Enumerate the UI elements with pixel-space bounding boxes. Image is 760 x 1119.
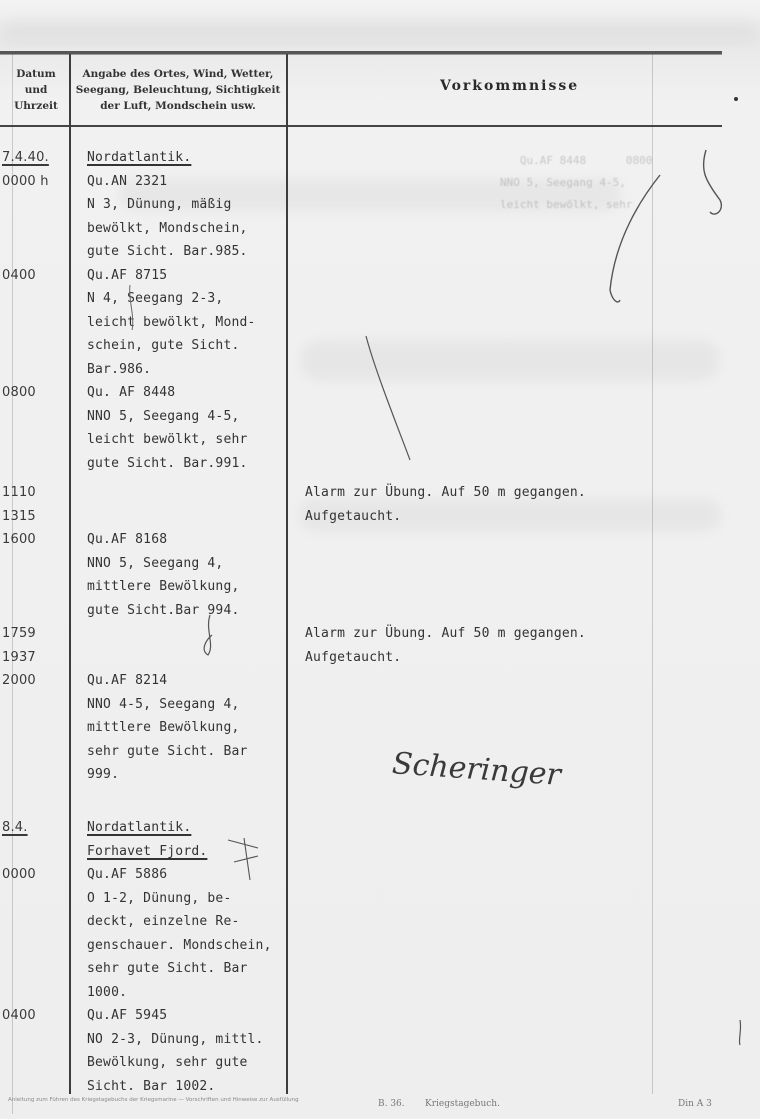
bleed-through-text: leicht bewölkt, sehr <box>500 194 632 216</box>
entry-location-weather: Qu.AF 5886 <box>87 864 167 886</box>
entry-location-weather: Qu.AN 2321 <box>87 171 167 193</box>
entry-location-weather: Qu. AF 8448 <box>87 382 175 404</box>
entry-time: 0800 <box>2 382 36 404</box>
entry-location-weather: Sicht. Bar 1002. <box>87 1076 215 1098</box>
entry-event: Aufgetaucht. <box>305 506 401 528</box>
entry-event: Alarm zur Übung. Auf 50 m gegangen. <box>305 623 586 645</box>
entry-location-weather: Qu.AF 8214 <box>87 670 167 692</box>
form-title: Kriegstagebuch. <box>425 1099 500 1109</box>
entry-time: 1759 <box>2 623 36 645</box>
entry-location-weather: 1000. <box>87 982 127 1004</box>
entry-location-weather: bewölkt, Mondschein, <box>87 218 248 240</box>
entry-location-weather: Nordatlantik. <box>87 147 191 169</box>
column-divider <box>652 54 653 1094</box>
column-divider <box>286 54 288 1094</box>
column-divider <box>69 54 71 1094</box>
entry-location-weather: Qu.AF 8168 <box>87 529 167 551</box>
entry-time: 1315 <box>2 506 36 528</box>
entry-location-weather: sehr gute Sicht. Bar <box>87 958 248 980</box>
entry-location-weather: N 4, Seegang 2-3, <box>87 288 223 310</box>
entry-time: 7.4.40. <box>2 147 49 169</box>
entry-location-weather: Bewölkung, sehr gute <box>87 1052 248 1074</box>
form-number: B. 36. <box>378 1099 405 1109</box>
entry-location-weather: genschauer. Mondschein, <box>87 935 272 957</box>
bleed-through-text: NNO 5, Seegang 4-5, <box>500 172 626 194</box>
document-page: Datum und Uhrzeit Angabe des Ortes, Wind… <box>0 0 760 1119</box>
din-format: Din A 3 <box>678 1099 712 1109</box>
entry-location-weather: deckt, einzelne Re- <box>87 911 240 933</box>
entry-location-weather: O 1-2, Dünung, be- <box>87 888 231 910</box>
header-rule <box>0 125 722 127</box>
entry-location-weather: mittlere Bewölkung, <box>87 717 240 739</box>
entry-time: 1110 <box>2 482 36 504</box>
entry-location-weather: Qu.AF 5945 <box>87 1005 167 1027</box>
header-datum: Datum und Uhrzeit <box>4 58 68 122</box>
margin-line <box>12 54 13 1114</box>
footer-fine-print: Anleitung zum Führen des Kriegstagebuchs… <box>8 1097 358 1104</box>
entry-time: 2000 <box>2 670 36 692</box>
bleed-through-text: Qu.AF 8448 0800 <box>500 150 652 172</box>
entry-time: 0000 <box>2 864 36 886</box>
entry-location-weather: Forhavet Fjord. <box>87 841 207 863</box>
entry-location-weather: leicht bewölkt, sehr <box>87 429 248 451</box>
entry-location-weather: NNO 5, Seegang 4-5, <box>87 406 240 428</box>
entry-location-weather: Qu.AF 8715 <box>87 265 167 287</box>
entry-location-weather: mittlere Bewölkung, <box>87 576 240 598</box>
entry-location-weather: leicht bewölkt, Mond- <box>87 312 256 334</box>
signature: Scheringer <box>391 746 562 793</box>
entry-event: Alarm zur Übung. Auf 50 m gegangen. <box>305 482 586 504</box>
entry-time: 0000 h <box>2 171 49 193</box>
entry-location-weather: Bar.986. <box>87 359 151 381</box>
entry-time: 8.4. <box>2 817 28 839</box>
entry-time: 0400 <box>2 1005 36 1027</box>
entry-location-weather: gute Sicht. Bar.991. <box>87 453 248 475</box>
entry-location-weather: NNO 5, Seegang 4, <box>87 553 223 575</box>
entry-time: 0400 <box>2 265 36 287</box>
ink-dot <box>734 97 738 101</box>
entry-location-weather: NNO 4-5, Seegang 4, <box>87 694 240 716</box>
entry-event: Aufgetaucht. <box>305 647 401 669</box>
entry-location-weather: gute Sicht. Bar.985. <box>87 241 248 263</box>
entry-location-weather: N 3, Dünung, mäßig <box>87 194 231 216</box>
header-vorkommnisse: Vorkommnisse <box>440 78 579 94</box>
header-ort: Angabe des Ortes, Wind, Wetter, Seegang,… <box>72 58 284 122</box>
entry-location-weather: Nordatlantik. <box>87 817 191 839</box>
top-rule <box>0 51 722 55</box>
entry-location-weather: sehr gute Sicht. Bar <box>87 741 248 763</box>
entry-time: 1600 <box>2 529 36 551</box>
entry-location-weather: gute Sicht.Bar 994. <box>87 600 240 622</box>
entry-location-weather: schein, gute Sicht. <box>87 335 240 357</box>
entry-location-weather: 999. <box>87 764 119 786</box>
entry-time: 1937 <box>2 647 36 669</box>
entry-location-weather: NO 2-3, Dünung, mittl. <box>87 1029 264 1051</box>
